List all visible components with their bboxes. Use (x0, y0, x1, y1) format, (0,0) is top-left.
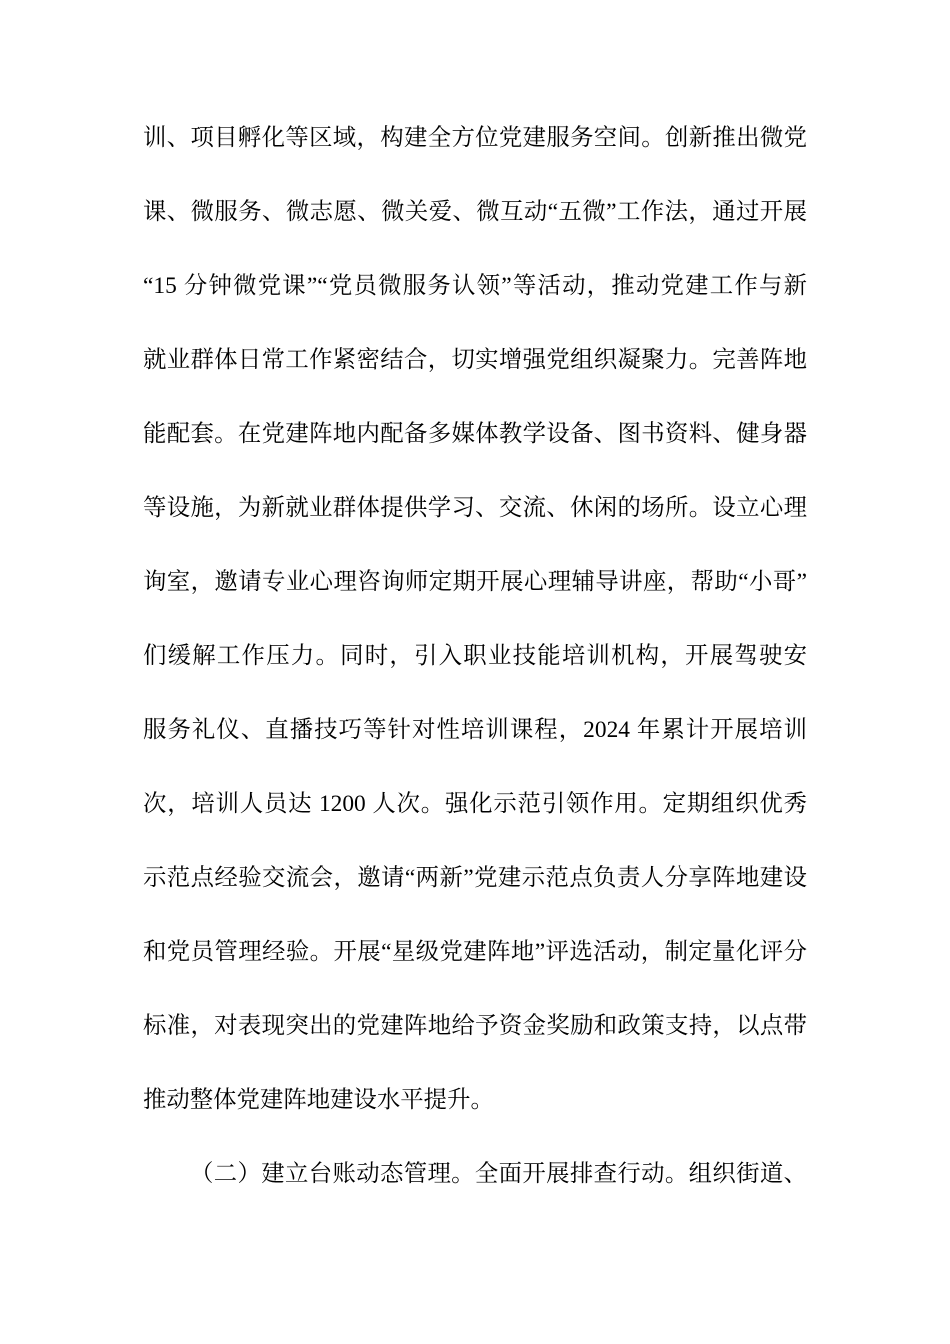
text-line: 们缓解工作压力。同时，引入职业技能培训机构，开展驾驶安全、 (143, 619, 807, 693)
text-line: （二）建立台账动态管理。全面开展排查行动。组织街道、社区 (143, 1137, 807, 1211)
text-line: 推动整体党建阵地建设水平提升。 (143, 1063, 807, 1137)
document-page: 训、项目孵化等区域，构建全方位党建服务空间。创新推出微党课、微服务、微志愿、微关… (0, 0, 950, 1344)
text-line: 标准，对表现突出的党建阵地给予资金奖励和政策支持，以点带面 (143, 989, 807, 1063)
text-line: 能配套。在党建阵地内配备多媒体教学设备、图书资料、健身器材 (143, 397, 807, 471)
text-line: 服务礼仪、直播技巧等针对性培训课程，2024 年累计开展培训 30 场 (143, 693, 807, 767)
text-line: 就业群体日常工作紧密结合，切实增强党组织凝聚力。完善阵地功 (143, 323, 807, 397)
text-line: 次，培训人员达 1200 人次。强化示范引领作用。定期组织优秀党建 (143, 767, 807, 841)
text-line: 训、项目孵化等区域，构建全方位党建服务空间。创新推出微党 (143, 101, 807, 175)
text-line: 询室，邀请专业心理咨询师定期开展心理辅导讲座，帮助“小哥” (143, 545, 807, 619)
document-body: 训、项目孵化等区域，构建全方位党建服务空间。创新推出微党课、微服务、微志愿、微关… (143, 101, 807, 1211)
text-line: 示范点经验交流会，邀请“两新”党建示范点负责人分享阵地建设 (143, 841, 807, 915)
text-line: 等设施，为新就业群体提供学习、交流、休闲的场所。设立心理咨 (143, 471, 807, 545)
text-line: 和党员管理经验。开展“星级党建阵地”评选活动，制定量化评分 (143, 915, 807, 989)
text-line: “15 分钟微党课”“党员微服务认领”等活动，推动党建工作与新 (143, 249, 807, 323)
text-line: 课、微服务、微志愿、微关爱、微互动“五微”工作法，通过开展 (143, 175, 807, 249)
